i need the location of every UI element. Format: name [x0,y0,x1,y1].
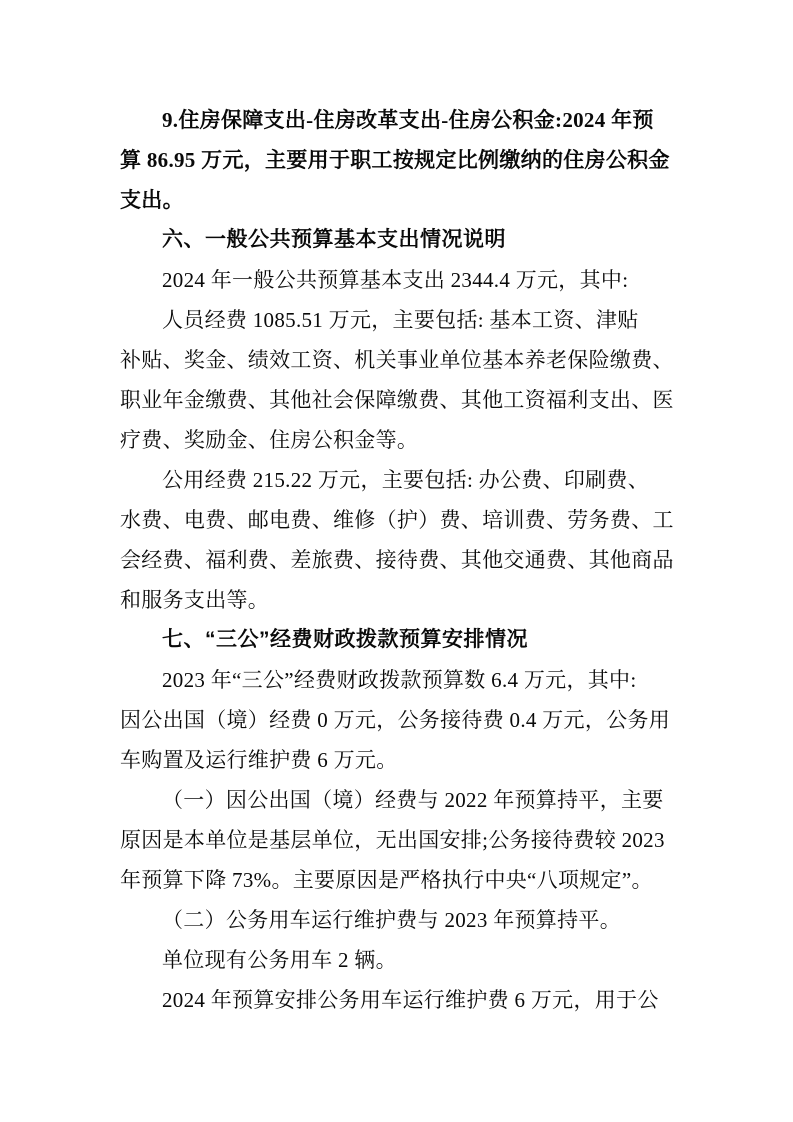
text-line: （二）公务用车运行维护费与 2023 年预算持平。 [120,900,675,940]
text-line: 因公出国（境）经费 0 万元，公务接待费 0.4 万元，公务用 [120,700,675,740]
text-line: 和服务支出等。 [120,580,675,620]
heading-section-seven: 七、“三公”经费财政拨款预算安排情况 [120,620,675,660]
para-personnel-funds: 人员经费 1085.51 万元，主要包括: 基本工资、津贴补贴、奖金、绩效工资、… [120,300,675,460]
text-line: （一）因公出国（境）经费与 2022 年预算持平，主要 [120,780,675,820]
para-item-one-abroad: （一）因公出国（境）经费与 2022 年预算持平，主要原因是本单位是基层单位，无… [120,780,675,900]
text-line: 会经费、福利费、差旅费、接待费、其他交通费、其他商品 [120,540,675,580]
text-line: 公用经费 215.22 万元，主要包括: 办公费、印刷费、 [120,460,675,500]
text-line: 2024 年预算安排公务用车运行维护费 6 万元，用于公 [120,980,675,1020]
text-line: 算 86.95 万元，主要用于职工按规定比例缴纳的住房公积金 [120,140,675,180]
text-line: 水费、电费、邮电费、维修（护）费、培训费、劳务费、工 [120,500,675,540]
text-line: 2023 年“三公”经费财政拨款预算数 6.4 万元，其中: [120,660,675,700]
text-line: 9.住房保障支出-住房改革支出-住房公积金:2024 年预 [120,100,675,140]
text-line: 2024 年一般公共预算基本支出 2344.4 万元，其中: [120,260,675,300]
text-line: 单位现有公务用车 2 辆。 [120,940,675,980]
heading-section-six: 六、一般公共预算基本支出情况说明 [120,220,675,260]
para-item-two-vehicle: （二）公务用车运行维护费与 2023 年预算持平。 [120,900,675,940]
para-basic-expense-total: 2024 年一般公共预算基本支出 2344.4 万元，其中: [120,260,675,300]
text-line: 人员经费 1085.51 万元，主要包括: 基本工资、津贴 [120,300,675,340]
text-line: 补贴、奖金、绩效工资、机关事业单位基本养老保险缴费、 [120,340,675,380]
para-sangong-total: 2023 年“三公”经费财政拨款预算数 6.4 万元，其中:因公出国（境）经费 … [120,660,675,780]
document-body: 9.住房保障支出-住房改革支出-住房公积金:2024 年预算 86.95 万元，… [120,100,675,1020]
para-vehicle-budget-2024: 2024 年预算安排公务用车运行维护费 6 万元，用于公 [120,980,675,1020]
text-line: 车购置及运行维护费 6 万元。 [120,740,675,780]
text-line: 职业年金缴费、其他社会保障缴费、其他工资福利支出、医 [120,380,675,420]
text-line: 年预算下降 73%。主要原因是严格执行中央“八项规定”。 [120,860,675,900]
text-line: 六、一般公共预算基本支出情况说明 [120,220,675,260]
document-page: 9.住房保障支出-住房改革支出-住房公积金:2024 年预算 86.95 万元，… [0,0,793,1122]
para-vehicle-count: 单位现有公务用车 2 辆。 [120,940,675,980]
text-line: 疗费、奖励金、住房公积金等。 [120,420,675,460]
para-housing-security-expense: 9.住房保障支出-住房改革支出-住房公积金:2024 年预算 86.95 万元，… [120,100,675,220]
text-line: 七、“三公”经费财政拨款预算安排情况 [120,620,675,660]
para-public-funds: 公用经费 215.22 万元，主要包括: 办公费、印刷费、水费、电费、邮电费、维… [120,460,675,620]
text-line: 原因是本单位是基层单位，无出国安排;公务接待费较 2023 [120,820,675,860]
text-line: 支出。 [120,180,675,220]
